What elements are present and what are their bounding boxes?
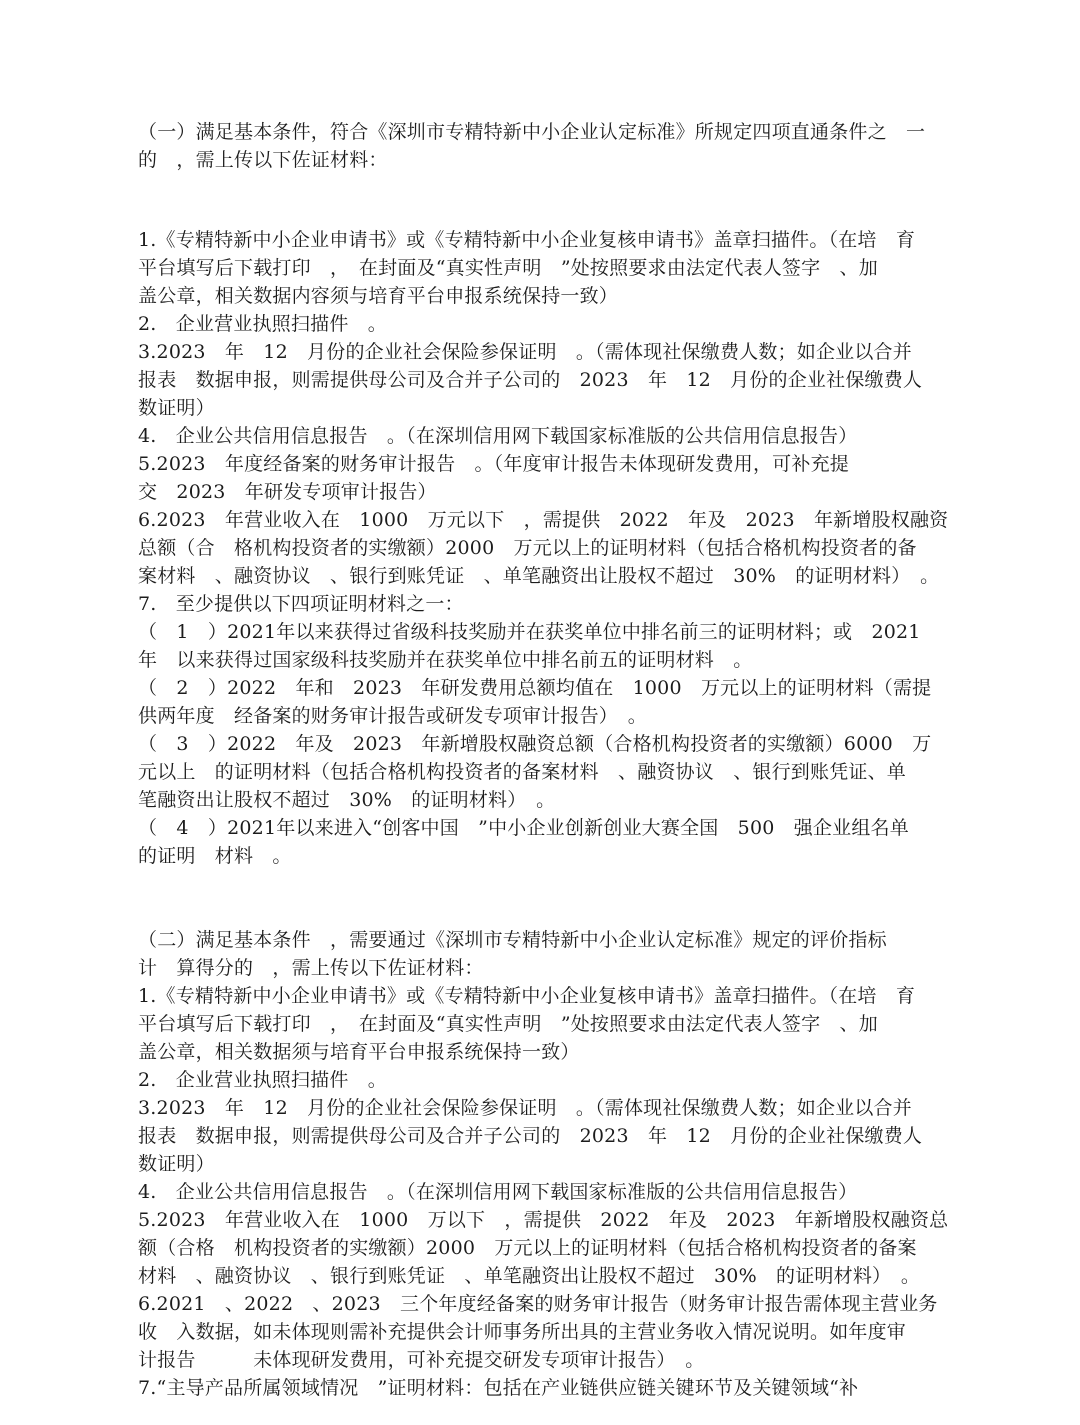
- s1-sub1-line-2: 年 以来获得过国家级科技奖励并在获奖单位中排名前五的证明材料 。: [138, 646, 993, 674]
- s2-item6-line-2: 收 入数据，如未体现则需补充提供会计师事务所出具的主营业务收入情况说明。如年度审: [138, 1318, 993, 1346]
- s1-item1-line-1: 1.《专精特新中小企业申请书》或《专精特新中小企业复核申请书》盖章扫描件。（在培…: [138, 226, 993, 254]
- s1-item6-line-1: 6.2023 年营业收入在 1000 万元以下 ，需提供 2022 年及 202…: [138, 506, 993, 534]
- s1-sub3-line-1: （ 3 ）2022 年及 2023 年新增股权融资总额（合格机构投资者的实缴额）…: [138, 730, 993, 758]
- s2-item1-line-1: 1.《专精特新中小企业申请书》或《专精特新中小企业复核申请书》盖章扫描件。（在培…: [138, 982, 993, 1010]
- s1-item5-line-2: 交 2023 年研发专项审计报告）: [138, 478, 993, 506]
- s1-item3-line-3: 数证明）: [138, 394, 993, 422]
- s2-item5-line-1: 5.2023 年营业收入在 1000 万以下 ，需提供 2022 年及 2023…: [138, 1206, 993, 1234]
- s1-item5-line-1: 5.2023 年度经备案的财务审计报告 。（年度审计报告未体现研发费用，可补充提: [138, 450, 993, 478]
- s2-item6-line-3: 计报告 未体现研发费用，可补充提交研发专项审计报告） 。: [138, 1346, 993, 1374]
- section1-heading-line-2: 的 ，需上传以下佐证材料：: [138, 146, 993, 174]
- s1-sub4-line-1: （ 4 ）2021年以来进入“创客中国 ”中小企业创新创业大赛全国 500 强企…: [138, 814, 993, 842]
- s1-item1-line-3: 盖公章，相关数据内容须与培育平台申报系统保持一致）: [138, 282, 993, 310]
- section2-heading-line-1: （二）满足基本条件 ，需要通过《深圳市专精特新中小企业认定标准》规定的评价指标: [138, 926, 993, 954]
- s1-item6-line-2: 总额（合 格机构投资者的实缴额）2000 万元以上的证明材料（包括合格机构投资者…: [138, 534, 993, 562]
- s1-item7-line-1: 7. 至少提供以下四项证明材料之一：: [138, 590, 993, 618]
- s2-item1-line-2: 平台填写后下载打印 ， 在封面及“真实性声明 ”处按照要求由法定代表人签字 、加: [138, 1010, 993, 1038]
- s1-item6-line-3: 案材料 、融资协议 、银行到账凭证 、单笔融资出让股权不超过 30% 的证明材料…: [138, 562, 993, 590]
- s1-item3-line-2: 报表 数据申报，则需提供母公司及合并子公司的 2023 年 12 月份的企业社保…: [138, 366, 993, 394]
- s2-item2-line-1: 2. 企业营业执照扫描件 。: [138, 1066, 993, 1094]
- s1-sub4-line-2: 的证明 材料 。: [138, 842, 993, 870]
- s1-sub1-line-1: （ 1 ）2021年以来获得过省级科技奖励并在获奖单位中排名前三的证明材料；或 …: [138, 618, 993, 646]
- document-page: （一）满足基本条件，符合《深圳市专精特新中小企业认定标准》所规定四项直通条件之 …: [0, 0, 1080, 1425]
- section2-heading-line-2: 计 算得分的 ，需上传以下佐证材料：: [138, 954, 993, 982]
- s1-sub2-line-1: （ 2 ）2022 年和 2023 年研发费用总额均值在 1000 万元以上的证…: [138, 674, 993, 702]
- s1-sub3-line-3: 笔融资出让股权不超过 30% 的证明材料） 。: [138, 786, 993, 814]
- s2-item7-line-1: 7.“主导产品所属领域情况 ”证明材料：包括在产业链供应链关键环节及关键领域“补: [138, 1374, 993, 1402]
- s2-item5-line-2: 额（合格 机构投资者的实缴额）2000 万元以上的证明材料（包括合格机构投资者的…: [138, 1234, 993, 1262]
- s1-item1-line-2: 平台填写后下载打印 ， 在封面及“真实性声明 ”处按照要求由法定代表人签字 、加: [138, 254, 993, 282]
- s2-item4-line-1: 4. 企业公共信用信息报告 。（在深圳信用网下载国家标准版的公共信用信息报告）: [138, 1178, 993, 1206]
- s2-item6-line-1: 6.2021 、2022 、2023 三个年度经备案的财务审计报告（财务审计报告…: [138, 1290, 993, 1318]
- s1-item2-line-1: 2. 企业营业执照扫描件 。: [138, 310, 993, 338]
- s1-sub3-line-2: 元以上 的证明材料（包括合格机构投资者的备案材料 、融资协议 、银行到账凭证、单: [138, 758, 993, 786]
- s1-sub2-line-2: 供两年度 经备案的财务审计报告或研发专项审计报告） 。: [138, 702, 993, 730]
- s2-item3-line-2: 报表 数据申报，则需提供母公司及合并子公司的 2023 年 12 月份的企业社保…: [138, 1122, 993, 1150]
- s2-item5-line-3: 材料 、融资协议 、银行到账凭证 、单笔融资出让股权不超过 30% 的证明材料）…: [138, 1262, 993, 1290]
- section1-heading-line-1: （一）满足基本条件，符合《深圳市专精特新中小企业认定标准》所规定四项直通条件之 …: [138, 118, 993, 146]
- s2-item3-line-1: 3.2023 年 12 月份的企业社会保险参保证明 。（需体现社保缴费人数；如企…: [138, 1094, 993, 1122]
- s2-item1-line-3: 盖公章，相关数据须与培育平台申报系统保持一致）: [138, 1038, 993, 1066]
- s2-item3-line-3: 数证明）: [138, 1150, 993, 1178]
- s1-item3-line-1: 3.2023 年 12 月份的企业社会保险参保证明 。（需体现社保缴费人数；如企…: [138, 338, 993, 366]
- s1-item4-line-1: 4. 企业公共信用信息报告 。（在深圳信用网下载国家标准版的公共信用信息报告）: [138, 422, 993, 450]
